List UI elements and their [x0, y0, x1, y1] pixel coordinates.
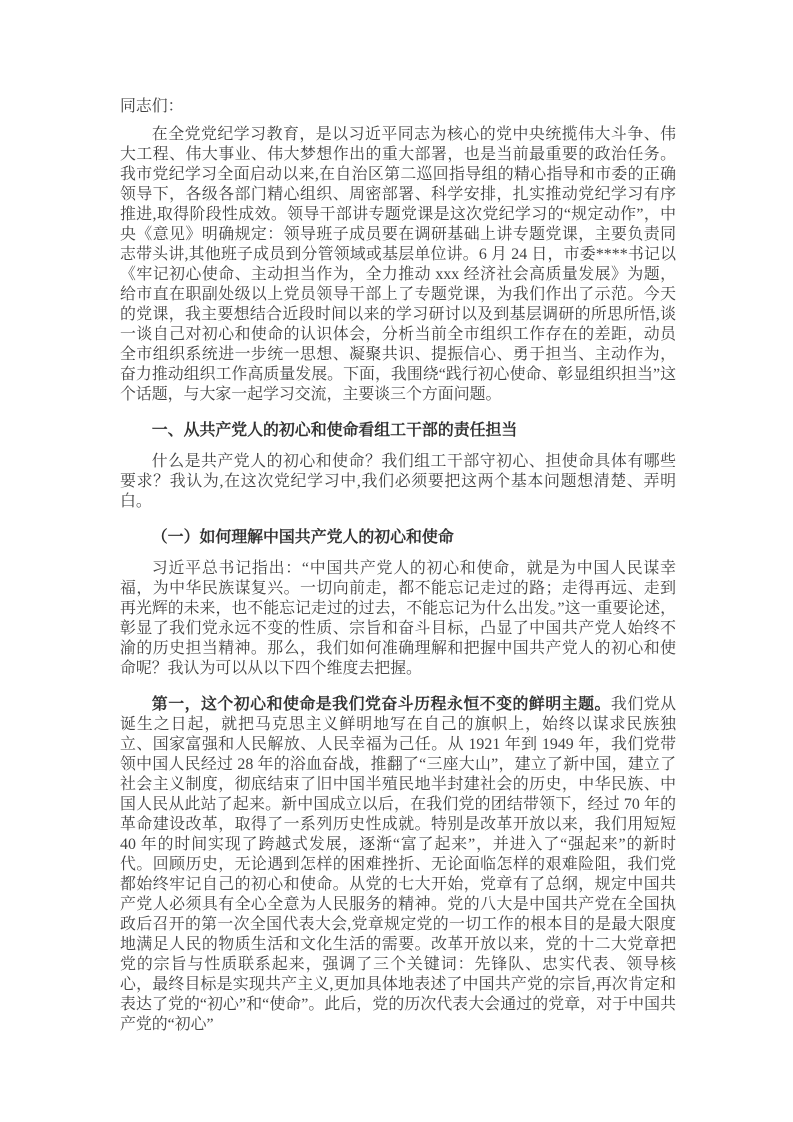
salutation: 同志们： [120, 97, 676, 117]
subsection-1-heading: （一）如何理解中国共产党人的初心和使命 [120, 528, 676, 548]
section-1-heading: 一、从共产党人的初心和使命看组工干部的责任担当 [120, 421, 676, 441]
document-page: 同志们： 在全党党纪学习教育，是以习近平同志为核心的党中央统揽伟大斗争、伟大工程… [0, 0, 793, 1122]
point-1-paragraph: 第一，这个初心和使命是我们党奋斗历程永恒不变的鲜明主题。我们党从诞生之日起，就把… [120, 695, 676, 1035]
section-1-lead-paragraph: 什么是共产党人的初心和使命？我们组工干部守初心、担使命具体有哪些要求？我认为,在… [120, 452, 676, 512]
document-body: 同志们： 在全党党纪学习教育，是以习近平同志为核心的党中央统揽伟大斗争、伟大工程… [120, 97, 676, 1035]
subsection-1-quote-paragraph: 习近平总书记指出：“中国共产党人的初心和使命，就是为中国人民谋幸福，为中华民族谋… [120, 559, 676, 679]
intro-paragraph: 在全党党纪学习教育，是以习近平同志为核心的党中央统揽伟大斗争、伟大工程、伟大事业… [120, 125, 676, 405]
point-1-body-text: 我们党从诞生之日起，就把马克思主义鲜明地写在自己的旗帜上，始终以谋求民族独立、国… [120, 696, 676, 1033]
point-1-bold-lead: 第一，这个初心和使命是我们党奋斗历程永恒不变的鲜明主题。 [152, 696, 611, 713]
